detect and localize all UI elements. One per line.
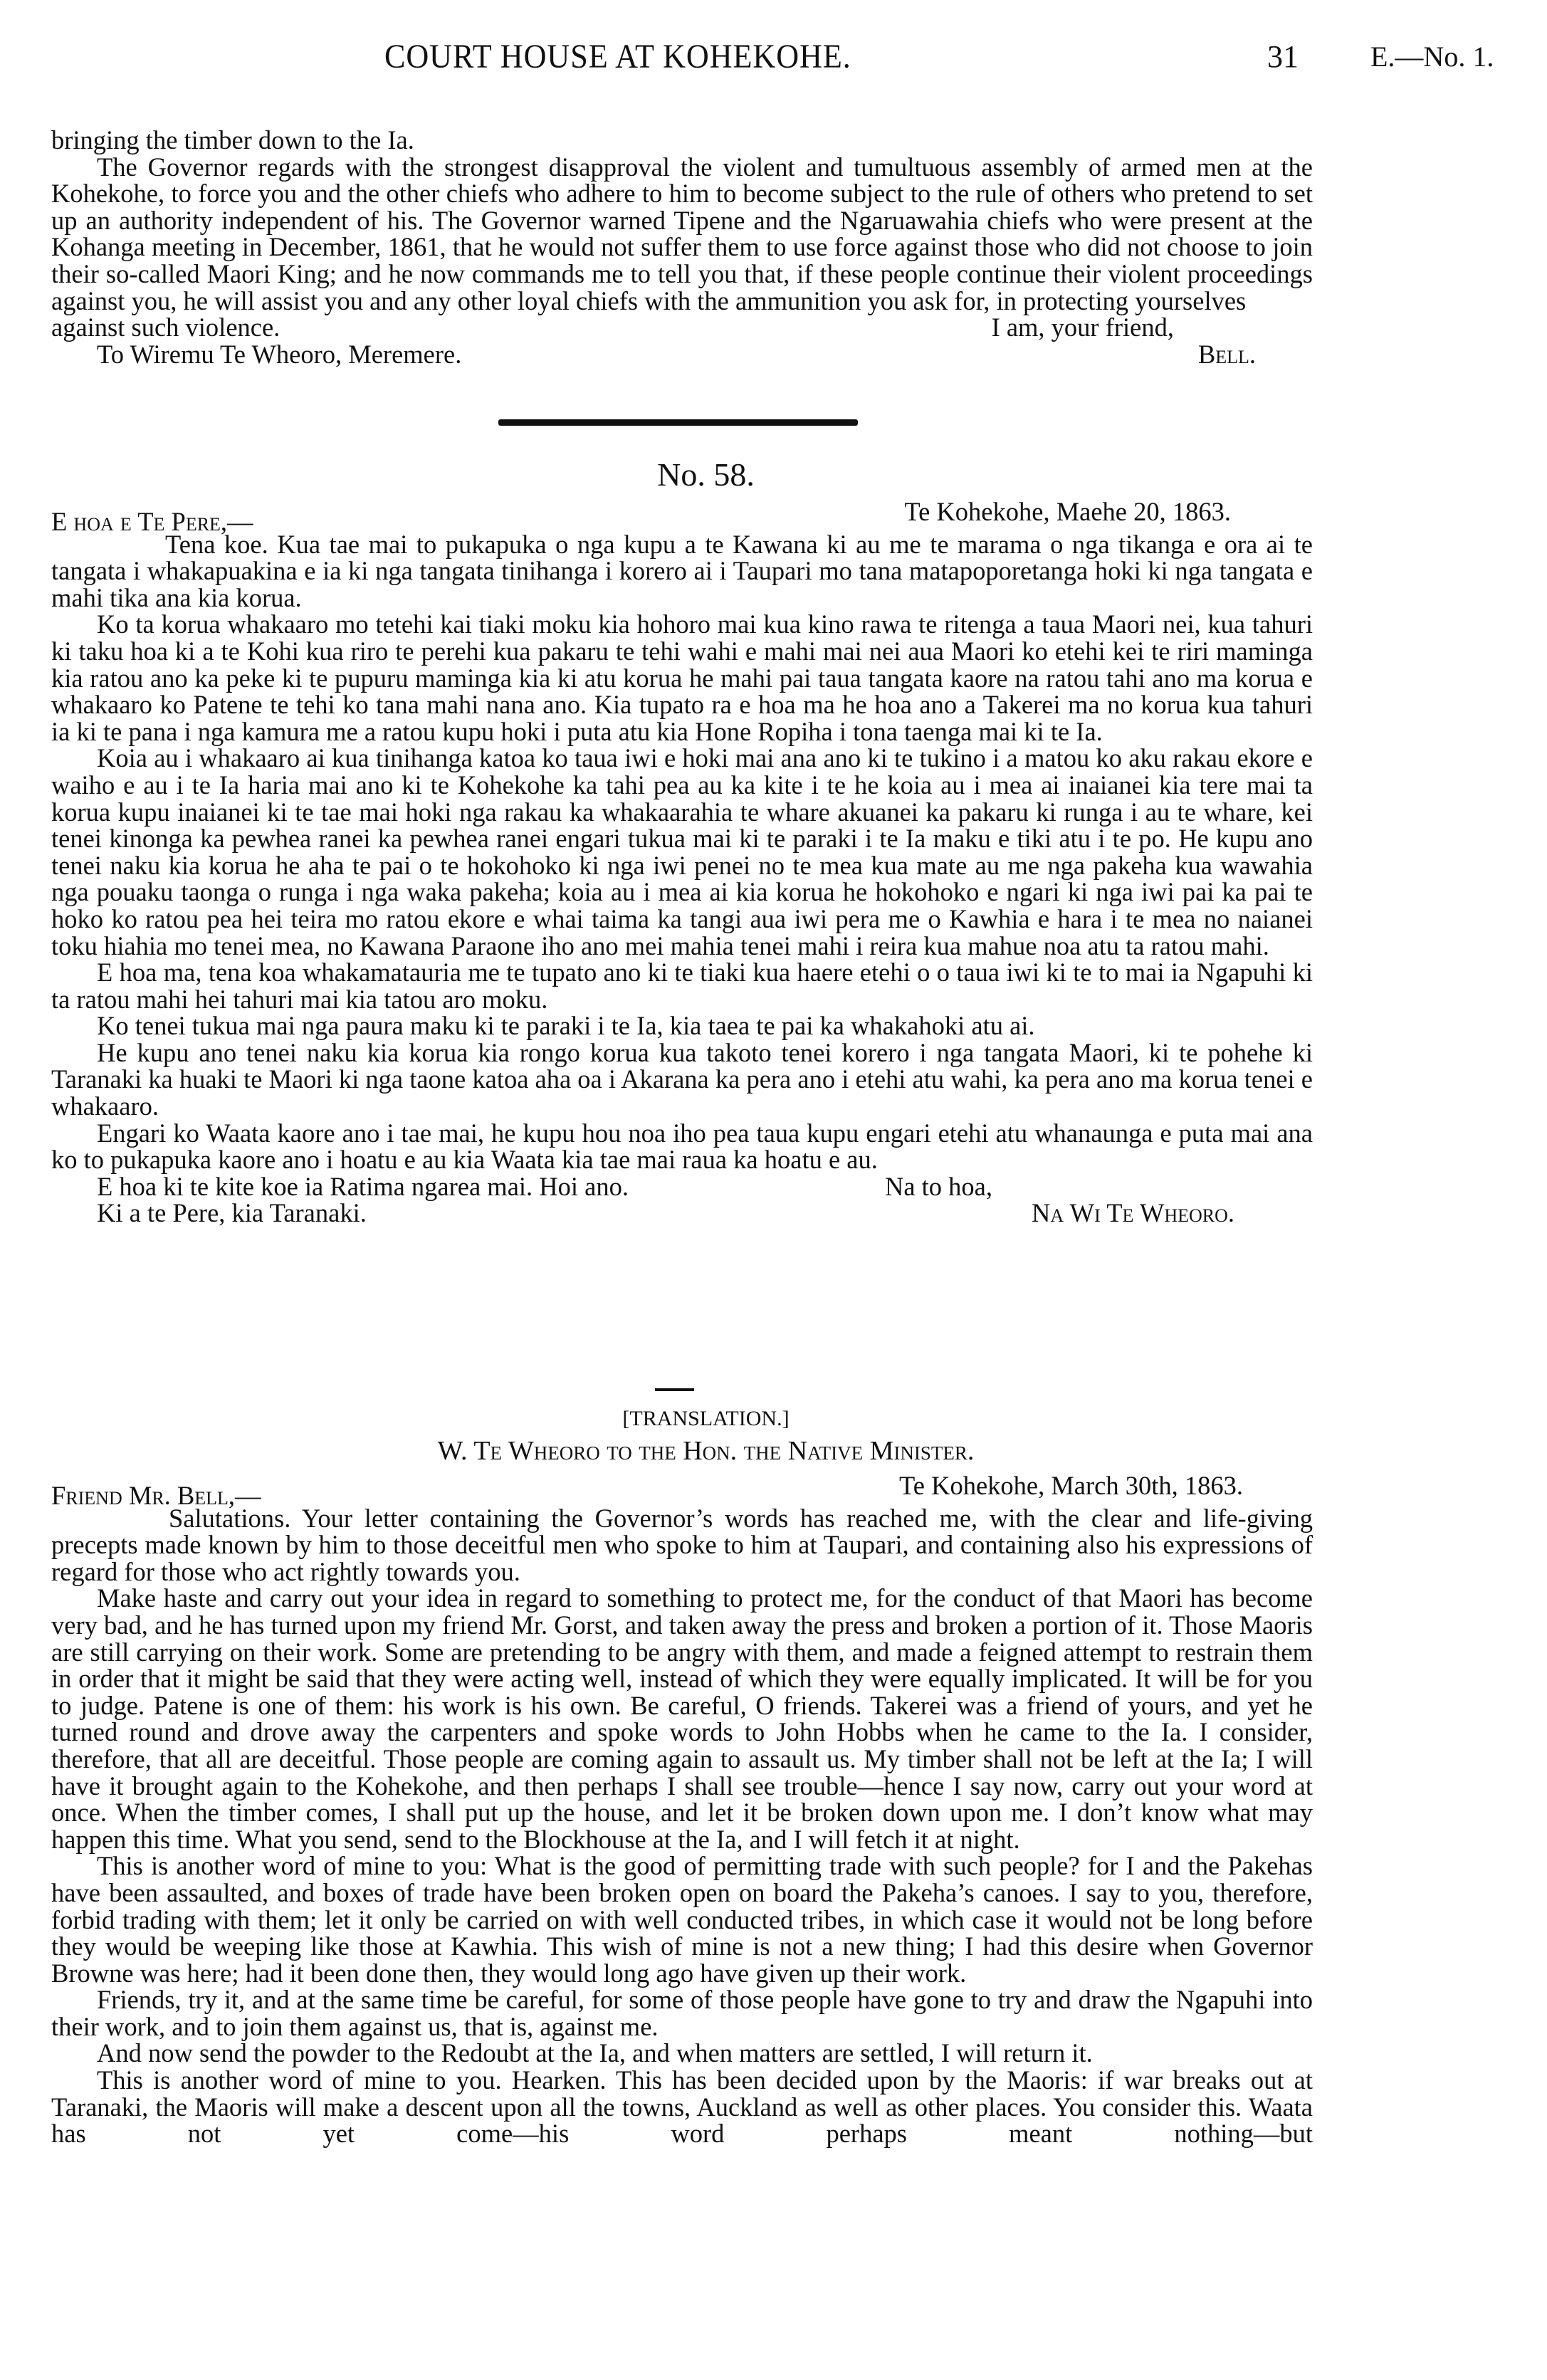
letter-paragraph: This is another word of mine to you. Hea… <box>51 2067 1313 2147</box>
addressee-line: Ki a te Pere, kia Taranaki. Na Wi Te Whe… <box>51 1200 1313 1227</box>
closing-line: against such violence. I am, your friend… <box>51 314 1313 341</box>
last-line: against such violence. <box>51 314 280 341</box>
salutation: Friend Mr. Bell,— <box>51 1482 261 1509</box>
letter-58: E hoa e Te Pere,— Te Kohekohe, Maehe 20,… <box>51 498 1313 1227</box>
closing: I am, your friend, <box>992 314 1174 341</box>
letter-paragraph: He kupu ano tenei naku kia korua kia ron… <box>51 1039 1313 1120</box>
document-reference: E.—No. 1. <box>1370 40 1494 73</box>
section-divider <box>498 419 858 426</box>
signature: Bell. <box>1198 341 1256 368</box>
translation-label: [TRANSLATION.] <box>0 1407 1479 1431</box>
letter-paragraph: Salutations. Your letter containing the … <box>51 1505 1313 1585</box>
letter-number-heading: No. 58. <box>0 456 1479 493</box>
letter-paragraph: And now send the powder to the Redoubt a… <box>51 2040 1313 2067</box>
running-head-title: COURT HOUSE AT KOHEKOHE. <box>384 37 851 76</box>
addressee-line: To Wiremu Te Wheoro, Meremere. Bell. <box>51 341 1313 368</box>
addressee: To Wiremu Te Wheoro, Meremere. <box>51 341 461 368</box>
final-line: E hoa ki te kite koe ia Ratima ngarea ma… <box>51 1173 1313 1200</box>
previous-letter: bringing the timber down to the Ia. The … <box>51 127 1313 367</box>
letter-paragraph: Make haste and carry out your idea in re… <box>51 1585 1313 1852</box>
final-sentence: E hoa ki te kite koe ia Ratima ngarea ma… <box>51 1173 629 1200</box>
signature: Na Wi Te Wheoro. <box>1032 1200 1234 1227</box>
letter-paragraph: Engari ko Waata kaore ano i tae mai, he … <box>51 1120 1313 1173</box>
continuation-line: bringing the timber down to the Ia. <box>51 127 1313 154</box>
translation-title: W. Te Wheoro to the Hon. the Native Mini… <box>0 1435 1479 1467</box>
salutation: E hoa e Te Pere,— <box>51 508 253 535</box>
letter-paragraph: Ko ta korua whakaaro mo tetehi kai tiaki… <box>51 611 1313 745</box>
letter-paragraph: Ko tenei tukua mai nga paura maku ki te … <box>51 1012 1313 1039</box>
salutation-line: Friend Mr. Bell,— Te Kohekohe, March 30t… <box>51 1472 1313 1499</box>
closing: Na to hoa, <box>885 1173 992 1200</box>
letter-paragraph: This is another word of mine to you: Wha… <box>51 1852 1313 1986</box>
place-date: Te Kohekohe, March 30th, 1863. <box>899 1472 1243 1499</box>
letter-paragraph: Friends, try it, and at the same time be… <box>51 1986 1313 2040</box>
letter-paragraph: Tena koe. Kua tae mai to pukapuka o nga … <box>51 531 1313 612</box>
page-number: 31 <box>1267 38 1299 75</box>
translation-letter: Friend Mr. Bell,— Te Kohekohe, March 30t… <box>51 1472 1313 2147</box>
document-page: COURT HOUSE AT KOHEKOHE. 31 E.—No. 1. br… <box>0 0 1547 2380</box>
small-divider <box>655 1388 694 1391</box>
running-head: COURT HOUSE AT KOHEKOHE. 31 E.—No. 1. <box>0 37 1547 80</box>
addressee: Ki a te Pere, kia Taranaki. <box>51 1200 367 1227</box>
letter-paragraph: Koia au i whakaaro ai kua tinihanga kato… <box>51 745 1313 959</box>
place-date: Te Kohekohe, Maehe 20, 1863. <box>904 498 1231 525</box>
letter-paragraph: The Governor regards with the strongest … <box>51 154 1313 315</box>
salutation-line: E hoa e Te Pere,— Te Kohekohe, Maehe 20,… <box>51 498 1313 525</box>
letter-paragraph: E hoa ma, tena koa whakamatauria me te t… <box>51 959 1313 1012</box>
